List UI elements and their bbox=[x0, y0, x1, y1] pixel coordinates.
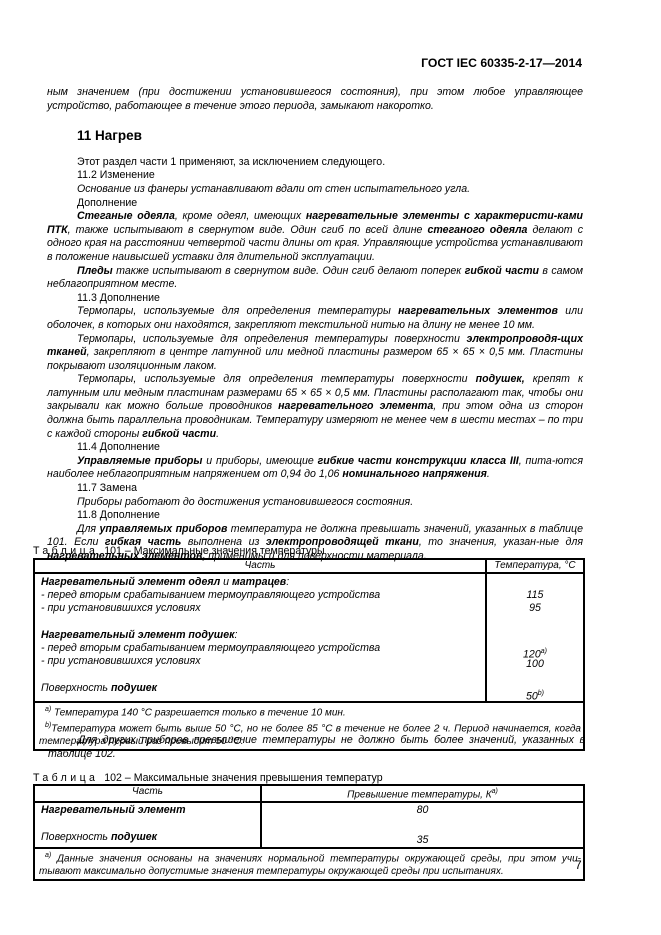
text: матрацев bbox=[232, 576, 286, 588]
column-header-part: Часть bbox=[34, 785, 261, 802]
row-part: - при установившихся условиях bbox=[41, 602, 485, 615]
text: Термопары, используемые для определения … bbox=[77, 373, 476, 385]
footnote-a: a) Данные значения основаны на значениях… bbox=[39, 850, 581, 879]
intro-line-2: устройство, работающее в течение этого п… bbox=[47, 100, 434, 112]
text: . bbox=[216, 428, 219, 440]
row-part: - при установившихся условиях bbox=[41, 655, 485, 668]
group-heading-quilts: Нагревательный элемент одеял и матрацев: bbox=[41, 576, 485, 589]
text: . bbox=[487, 468, 490, 480]
part-cell: Нагревательный элемент одеял и матрацев:… bbox=[34, 573, 486, 702]
text: также испытывают в свернутом виде. Один … bbox=[113, 265, 465, 277]
table-102-reference: Для других приборов превышение температу… bbox=[48, 734, 585, 761]
thermocouple-paragraph-1: Термопары, используемые для определения … bbox=[47, 305, 583, 332]
text: , также испытывают в свернутом виде. Оди… bbox=[68, 224, 428, 236]
table-102: Часть Превышение температуры, Кa) Нагрев… bbox=[33, 784, 585, 881]
text: : bbox=[286, 576, 289, 588]
text: Для bbox=[77, 523, 100, 535]
value: 50b) bbox=[487, 687, 583, 700]
table-102-caption: Таблица 102 – Максимальные значения прев… bbox=[33, 772, 383, 784]
group-heading-pads: Нагревательный элемент подушек: bbox=[41, 629, 485, 642]
text: , кроме одеял, имеющих bbox=[175, 210, 306, 222]
column-header-temperature: Температура, °С bbox=[486, 559, 584, 573]
thermocouple-paragraph-2: Термопары, используемые для определения … bbox=[47, 333, 583, 374]
text: и приборы, имеющие bbox=[202, 455, 317, 467]
text: подушек bbox=[111, 682, 157, 694]
text: Термопары, используемые для определения … bbox=[77, 333, 466, 345]
page-number: 7 bbox=[575, 858, 582, 872]
text: , закрепляют в центре латунной или медно… bbox=[47, 346, 583, 372]
clause-11-8-label: 11.8 Дополнение bbox=[77, 509, 583, 523]
term-flexible-part: гибкой части bbox=[465, 265, 539, 277]
table-notes: a) Данные значения основаны на значениях… bbox=[34, 848, 584, 881]
table-word: Таблица bbox=[33, 545, 98, 557]
footnote-a: a) Температура 140 °С разрешается только… bbox=[39, 704, 581, 720]
row-part-surface: Поверхность подушек bbox=[41, 682, 485, 695]
value: 35 bbox=[262, 834, 583, 847]
text: Нагревательный элемент подушек bbox=[41, 629, 235, 641]
term-plaids: Пледы bbox=[77, 265, 113, 277]
section-title: 11 Нагрев bbox=[77, 129, 583, 143]
value: 100 bbox=[487, 658, 583, 671]
term-flexible-part: гибкой части bbox=[142, 428, 216, 440]
term-quilts: Стеганые одеяла bbox=[77, 210, 175, 222]
row-part-surface: Поверхность подушек bbox=[41, 831, 260, 844]
quilts-paragraph: Стеганые одеяла, кроме одеял, имеющих на… bbox=[47, 210, 583, 264]
table-102-title: 102 – Максимальные значения превышения т… bbox=[104, 772, 382, 784]
term-heating-element: нагревательного элемента bbox=[278, 400, 433, 412]
term-rated-voltage: номинального напряжения bbox=[342, 468, 486, 480]
table-101-title: 101 – Максимальные значения температуры bbox=[104, 545, 324, 557]
value: 115 bbox=[487, 589, 583, 602]
row-part-heating-element: Нагревательный элемент bbox=[41, 804, 260, 817]
text: Термопары, используемые для определения … bbox=[77, 305, 398, 317]
text: Нагревательный элемент одеял bbox=[41, 576, 220, 588]
plaids-paragraph: Пледы также испытывают в свернутом виде.… bbox=[47, 265, 583, 292]
clause-11-2-addition-label: Дополнение bbox=[77, 197, 583, 211]
part-cell: Нагревательный элемент Поверхность подуш… bbox=[34, 802, 261, 848]
document-body: ным значением (при достижении установивш… bbox=[77, 86, 583, 564]
table-row: Нагревательный элемент одеял и матрацев:… bbox=[34, 573, 584, 702]
clause-11-2-label: 11.2 Изменение bbox=[77, 169, 583, 183]
clause-11-4-paragraph: Управляемые приборы и приборы, имеющие г… bbox=[47, 455, 583, 482]
column-header-part: Часть bbox=[34, 559, 486, 573]
term-pads: подушек, bbox=[476, 373, 525, 385]
clause-11-7-text: Приборы работают до достижения установив… bbox=[77, 496, 583, 510]
document-header-code: ГОСТ IEC 60335-2-17—2014 bbox=[0, 56, 582, 70]
text: и bbox=[220, 576, 232, 588]
text: : bbox=[235, 629, 238, 641]
value: 120a) bbox=[487, 645, 583, 658]
row-part: - перед вторым срабатыванием термоуправл… bbox=[41, 642, 485, 655]
term-heating-elements: нагревательных элементов bbox=[398, 305, 558, 317]
table-notes-row: a) Данные значения основаны на значениях… bbox=[34, 848, 584, 881]
document-page: ГОСТ IEC 60335-2-17—2014 ным значением (… bbox=[0, 0, 661, 935]
clause-11-3-label: 11.3 Дополнение bbox=[77, 292, 583, 306]
table-header-row: Часть Температура, °С bbox=[34, 559, 584, 573]
section-intro: Этот раздел части 1 применяют, за исключ… bbox=[77, 156, 583, 170]
column-header-rise: Превышение температуры, Кa) bbox=[261, 785, 584, 802]
clause-11-4-label: 11.4 Дополнение bbox=[77, 441, 583, 455]
table-row: Нагревательный элемент Поверхность подуш… bbox=[34, 802, 584, 848]
row-part: - перед вторым срабатыванием термоуправл… bbox=[41, 589, 485, 602]
rise-cell: 80 35 bbox=[261, 802, 584, 848]
clause-11-7-label: 11.7 Замена bbox=[77, 482, 583, 496]
term-quilt: стеганого одеяла bbox=[428, 224, 528, 236]
table-header-row: Часть Превышение температуры, Кa) bbox=[34, 785, 584, 802]
intro-line-1: ным значением (при достижении установивш… bbox=[47, 86, 583, 98]
value: 80 bbox=[262, 804, 583, 817]
term-controlled-appliances: Управляемые приборы bbox=[77, 455, 202, 467]
value: 95 bbox=[487, 602, 583, 615]
intro-paragraph: ным значением (при достижении установивш… bbox=[47, 86, 583, 113]
table-101-caption: Таблица 101 – Максимальные значения темп… bbox=[33, 545, 325, 557]
thermocouple-paragraph-3: Термопары, используемые для определения … bbox=[47, 373, 583, 441]
table-word: Таблица bbox=[33, 772, 98, 784]
temperature-cell: 115 95 120a) 100 50b) bbox=[486, 573, 584, 702]
term-controlled-appliances: управляемых приборов bbox=[100, 523, 228, 535]
term-class-iii-flexible-parts: гибкие части конструкции класса III bbox=[318, 455, 519, 467]
table-101: Часть Температура, °С Нагревательный эле… bbox=[33, 558, 585, 751]
clause-11-2-text: Основание из фанеры устанавливают вдали … bbox=[77, 183, 583, 197]
text: Поверхность bbox=[41, 682, 111, 694]
text: , то значения, указан-ные для bbox=[419, 536, 583, 548]
